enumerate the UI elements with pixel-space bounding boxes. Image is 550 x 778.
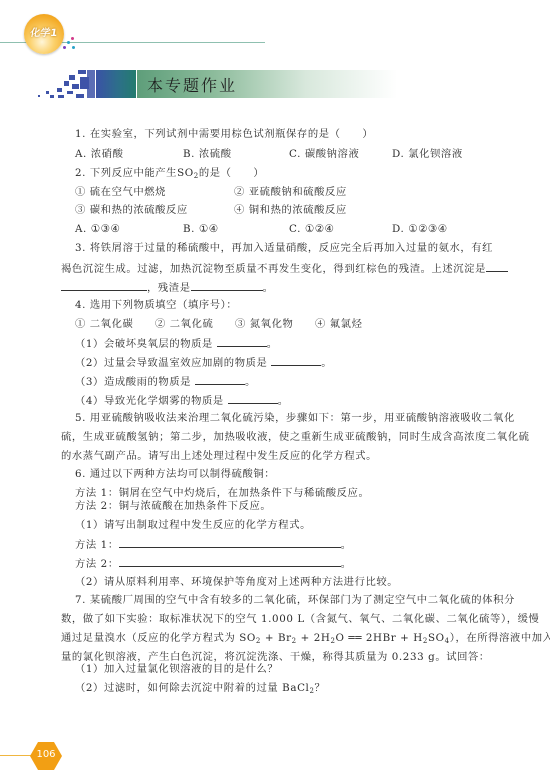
q7-line-2: 数，做了如下实验：取标准状况下的空气 1.000 L（含氮气、氧气、二氧化碳、二… — [61, 612, 539, 626]
q2-item-2: ② 亚硫酸钠和硫酸反应 — [234, 185, 347, 199]
q4-blank-3[interactable] — [195, 374, 245, 385]
q4-item-4: ④ 氟氯烃 — [315, 317, 362, 331]
q2-stem: 2. 下列反应中能产生SO2的是（ ） — [75, 166, 264, 180]
section-title: 本专题作业 — [147, 73, 237, 96]
q6-stem: 6. 通过以下两种方法均可以制得硫酸铜： — [75, 467, 275, 481]
q3-blank-precipitate[interactable] — [61, 280, 147, 291]
q6-sub-1: （1）请写出制取过程中发生反应的化学方程式。 — [75, 518, 311, 532]
q7-line-3: 通过足量溴水（反应的化学方程式为 SO2 + Br2 + 2H2O ══ 2HB… — [61, 631, 550, 645]
q4-blank-1[interactable] — [217, 336, 267, 347]
q2-option-d: D. ①②③④ — [392, 222, 448, 236]
q2-item-3: ③ 碳和热的浓硫酸反应 — [75, 203, 188, 217]
q6-blank-method-1[interactable] — [119, 537, 341, 548]
q6-method-1: 方法 1：铜屑在空气中灼烧后，在加热条件下与稀硫酸反应。 — [75, 486, 369, 500]
q4-item-1: ① 二氧化碳 — [75, 317, 133, 331]
q1-option-d: D. 氯化钡溶液 — [392, 147, 463, 161]
q6-blank-method-2[interactable] — [119, 556, 341, 567]
q6-method-1-answer: 方法 1：。 — [75, 537, 352, 552]
q4-item-3: ③ 氮氧化物 — [235, 317, 293, 331]
q2-item-1: ① 硫在空气中燃烧 — [75, 185, 166, 199]
q6-sub-2: （2）请从原料利用率、环境保护等角度对上述两种方法进行比较。 — [75, 575, 398, 589]
q2-option-a: A. ①③④ — [75, 222, 120, 236]
book-badge: 化学1 — [24, 14, 64, 54]
q4-sub-4: （4）导致光化学烟雾的物质是 。 — [75, 393, 289, 408]
q4-stem: 4. 选用下列物质填空（填序号）： — [75, 298, 237, 312]
q7-line-1: 7. 某硫酸厂周围的空气中含有较多的二氧化硫，环保部门为了测定空气中二氧化硫的体… — [75, 593, 515, 607]
q3-blank-residue[interactable] — [191, 280, 263, 291]
page-number: 106 — [30, 749, 62, 760]
q1-option-c: C. 碳酸钠溶液 — [289, 147, 359, 161]
q4-sub-3: （3）造成酸雨的物质是 。 — [75, 374, 256, 389]
q6-method-2: 方法 2：铜与浓硫酸在加热条件下反应。 — [75, 499, 271, 513]
q5-line-1: 5. 用亚硫酸钠吸收法来治理二氧化硫污染，步骤如下：第一步，用亚硫酸钠溶液吸收二… — [75, 411, 515, 425]
q3-blank-precipitate-start[interactable] — [486, 261, 508, 272]
q2-option-b: B. ①④ — [183, 222, 219, 236]
q4-blank-2[interactable] — [271, 355, 321, 366]
badge-label: 化学1 — [23, 24, 65, 39]
q5-line-2: 硫，生成亚硫酸氢钠；第二步，加热吸收液，使之重新生成亚硫酸钠，同时生成含高浓度二… — [61, 430, 530, 444]
q4-sub-1: （1）会破坏臭氧层的物质是 。 — [75, 336, 278, 351]
q7-sub-1: （1）加入过量氯化钡溶液的目的是什么？ — [75, 662, 278, 676]
q3-line-1: 3. 将铁屑溶于过量的稀硫酸中，再加入适量硝酸，反应完全后再加入过量的氨水，有红 — [75, 241, 493, 255]
q4-sub-2: （2）过量会导致温室效应加剧的物质是 。 — [75, 355, 332, 370]
molecule-icon — [62, 36, 76, 50]
q4-item-2: ② 二氧化硫 — [155, 317, 213, 331]
q1-option-a: A. 浓硝酸 — [75, 147, 123, 161]
q7-sub-2: （2）过滤时，如何除去沉淀中附着的过量 BaCl2？ — [75, 681, 325, 695]
q2-item-4: ④ 铜和热的浓硫酸反应 — [234, 203, 347, 217]
q3-line-3: ，残渣是。 — [61, 280, 274, 295]
q5-line-3: 的水蒸气副产品。请写出上述处理过程中发生反应的化学方程式。 — [61, 449, 377, 463]
q2-option-c: C. ①②④ — [289, 222, 334, 236]
q3-line-2: 褐色沉淀生成。过滤，加热沉淀物至质量不再发生变化，得到红棕色的残渣。上述沉淀是 — [61, 261, 508, 276]
q6-method-2-answer: 方法 2：。 — [75, 556, 352, 571]
section-header-accent — [96, 70, 136, 98]
q1-option-b: B. 浓硫酸 — [183, 147, 232, 161]
q4-blank-4[interactable] — [228, 393, 278, 404]
q1-stem: 1. 在实验室，下列试剂中需要用棕色试剂瓶保存的是（ ） — [75, 127, 373, 141]
